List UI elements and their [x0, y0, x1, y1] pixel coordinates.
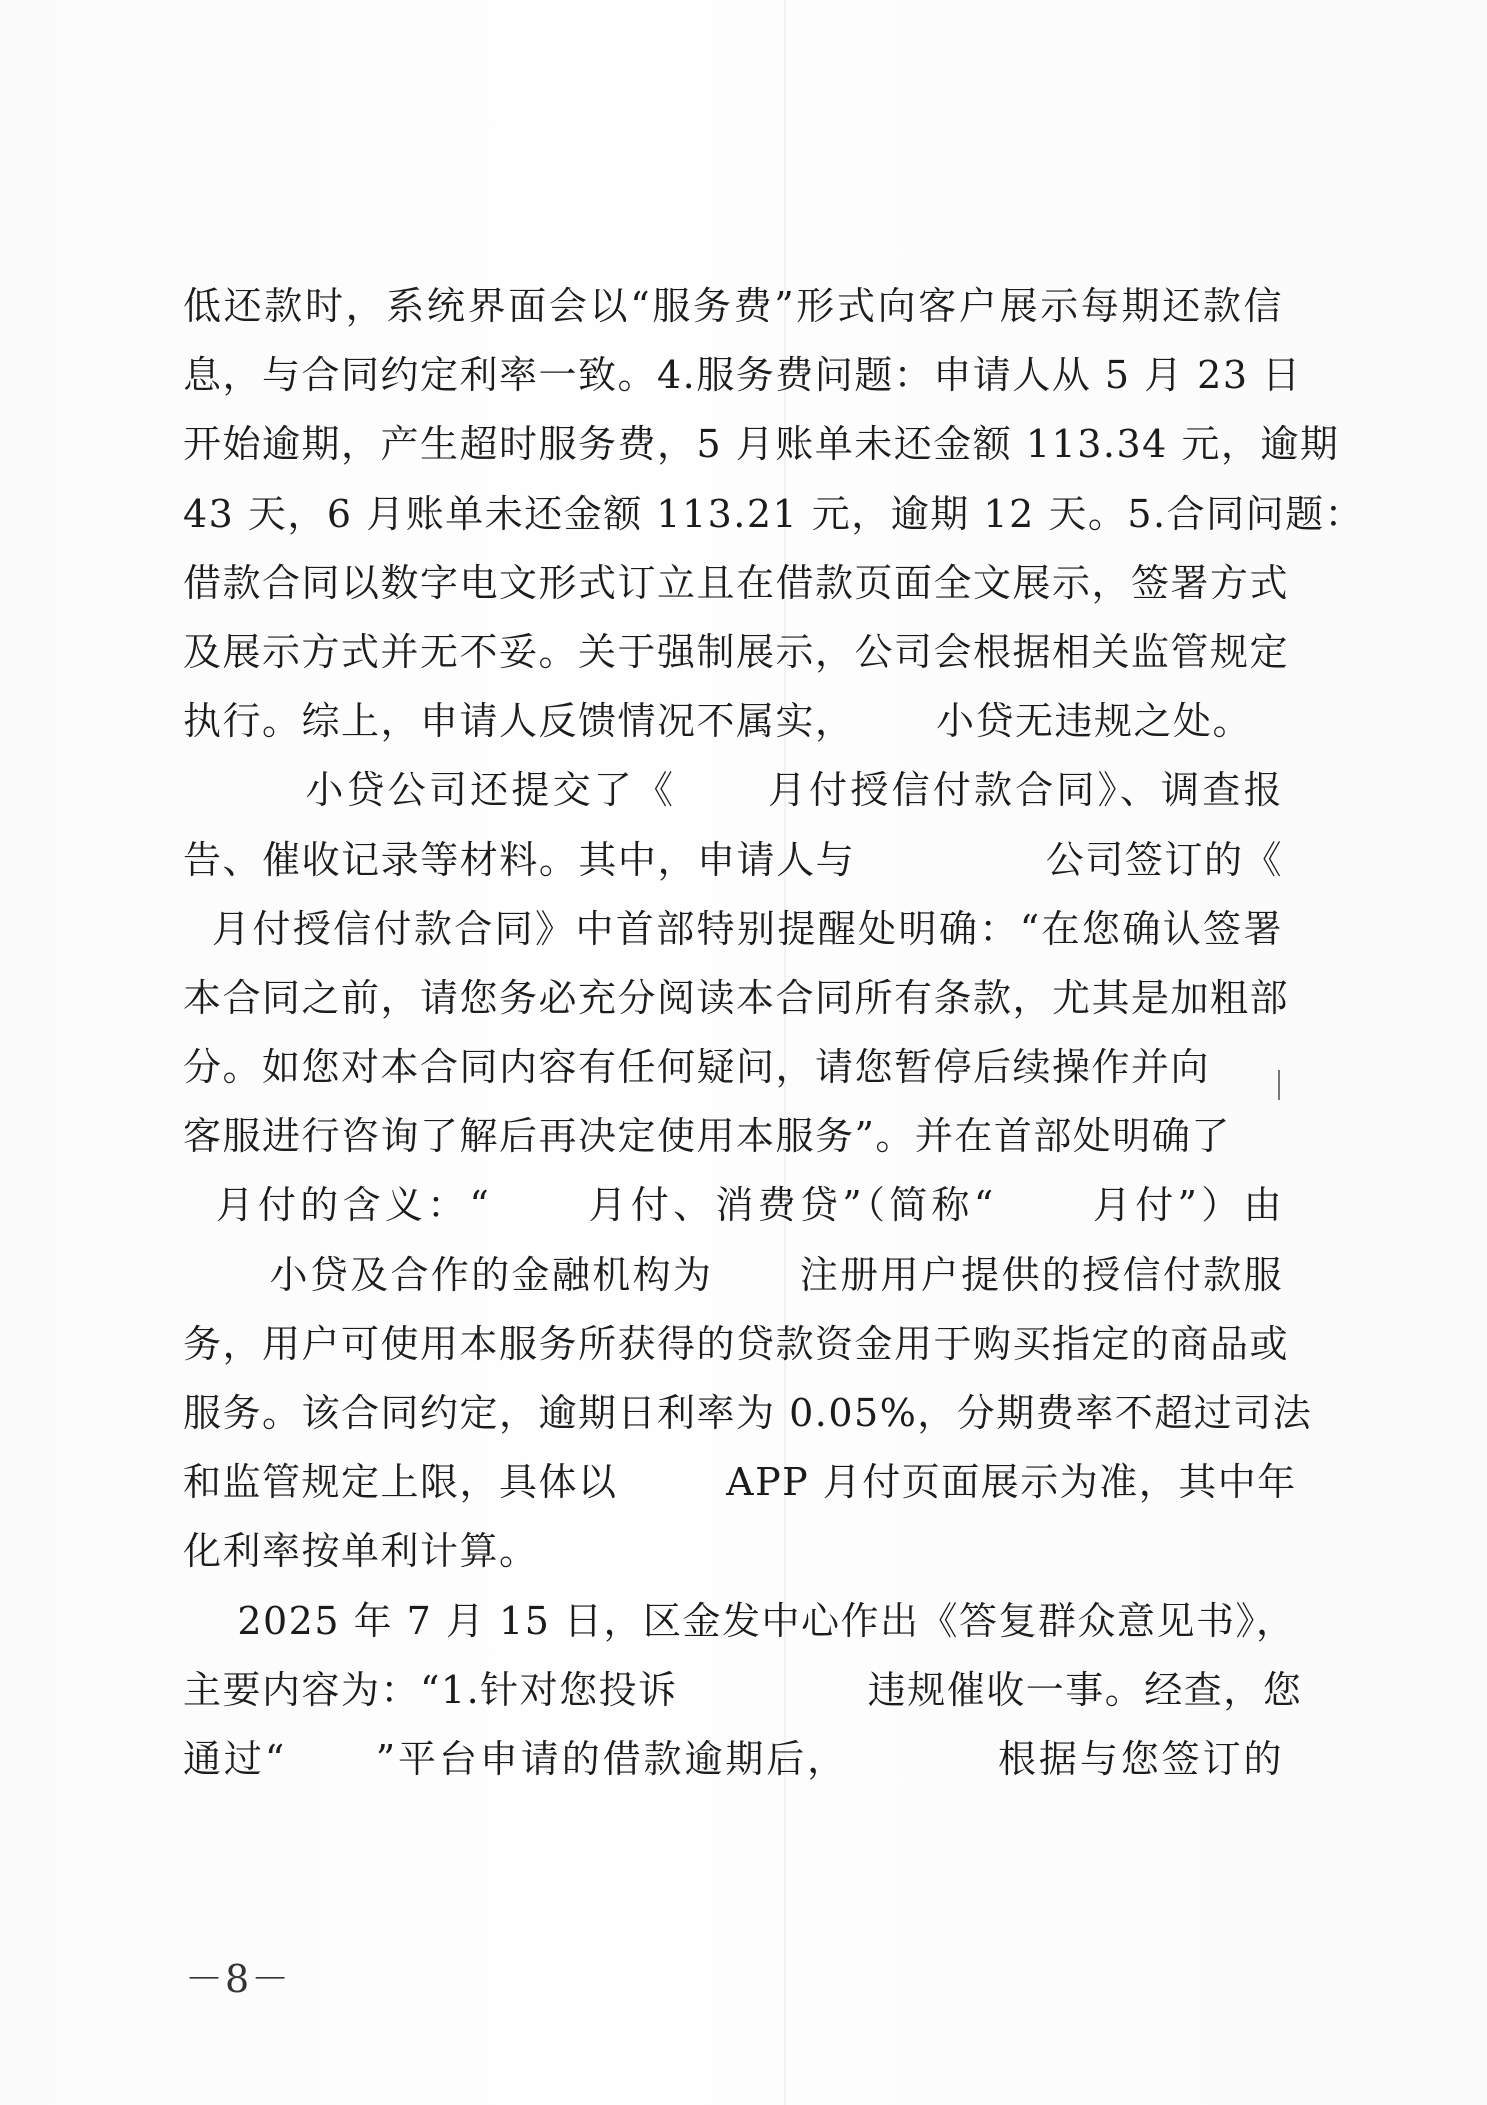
text-line: 务，用户可使用本服务所获得的贷款资金用于购买指定的商品或	[183, 1310, 1283, 1379]
text-line: 化利率按单利计算。	[183, 1517, 1283, 1586]
text-line: 小贷公司还提交了《 月付授信付款合同》、调查报	[183, 756, 1283, 825]
text-line: 月付的含义：“ 月付、消费贷”（简称“ 月付”）由	[183, 1171, 1283, 1240]
text-line: 主要内容为：“1.针对您投诉 违规催收一事。经查，您	[183, 1656, 1283, 1725]
text-line: 43 天，6 月账单未还金额 113.21 元，逾期 12 天。5.合同问题：	[183, 480, 1283, 549]
text-line: 通过“ ”平台申请的借款逾期后， 根据与您签订的	[183, 1725, 1283, 1794]
redaction-mark	[1278, 1070, 1280, 1100]
text-line: 2025 年 7 月 15 日，区金发中心作出《答复群众意见书》，	[183, 1587, 1283, 1656]
text-line: 及展示方式并无不妥。关于强制展示，公司会根据相关监管规定	[183, 618, 1283, 687]
text-line: 借款合同以数字电文形式订立且在借款页面全文展示，签署方式	[183, 549, 1283, 618]
text-line: 低还款时，系统界面会以“服务费”形式向客户展示每期还款信	[183, 272, 1283, 341]
document-page: 低还款时，系统界面会以“服务费”形式向客户展示每期还款信 息，与合同约定利率一致…	[0, 0, 1487, 2105]
text-line: 开始逾期，产生超时服务费，5 月账单未还金额 113.34 元，逾期	[183, 410, 1283, 479]
text-line: 执行。综上，申请人反馈情况不属实， 小贷无违规之处。	[183, 687, 1283, 756]
text-line: 客服进行咨询了解后再决定使用本服务”。并在首部处明确了	[183, 1102, 1283, 1171]
text-line: 本合同之前，请您务必充分阅读本合同所有条款，尤其是加粗部	[183, 964, 1283, 1033]
document-body: 低还款时，系统界面会以“服务费”形式向客户展示每期还款信 息，与合同约定利率一致…	[183, 272, 1283, 1794]
text-line: 和监管规定上限，具体以 APP 月付页面展示为准，其中年	[183, 1448, 1283, 1517]
text-line: 告、催收记录等材料。其中，申请人与 公司签订的《	[183, 826, 1283, 895]
text-line: 息，与合同约定利率一致。4.服务费问题：申请人从 5 月 23 日	[183, 341, 1283, 410]
text-line: 小贷及合作的金融机构为 注册用户提供的授信付款服	[183, 1241, 1283, 1310]
text-line: 月付授信付款合同》中首部特别提醒处明确：“在您确认签署	[183, 895, 1283, 964]
page-number: －8－	[185, 1948, 291, 2003]
text-line: 服务。该合同约定，逾期日利率为 0.05%，分期费率不超过司法	[183, 1379, 1283, 1448]
text-line: 分。如您对本合同内容有任何疑问，请您暂停后续操作并向	[183, 1033, 1283, 1102]
